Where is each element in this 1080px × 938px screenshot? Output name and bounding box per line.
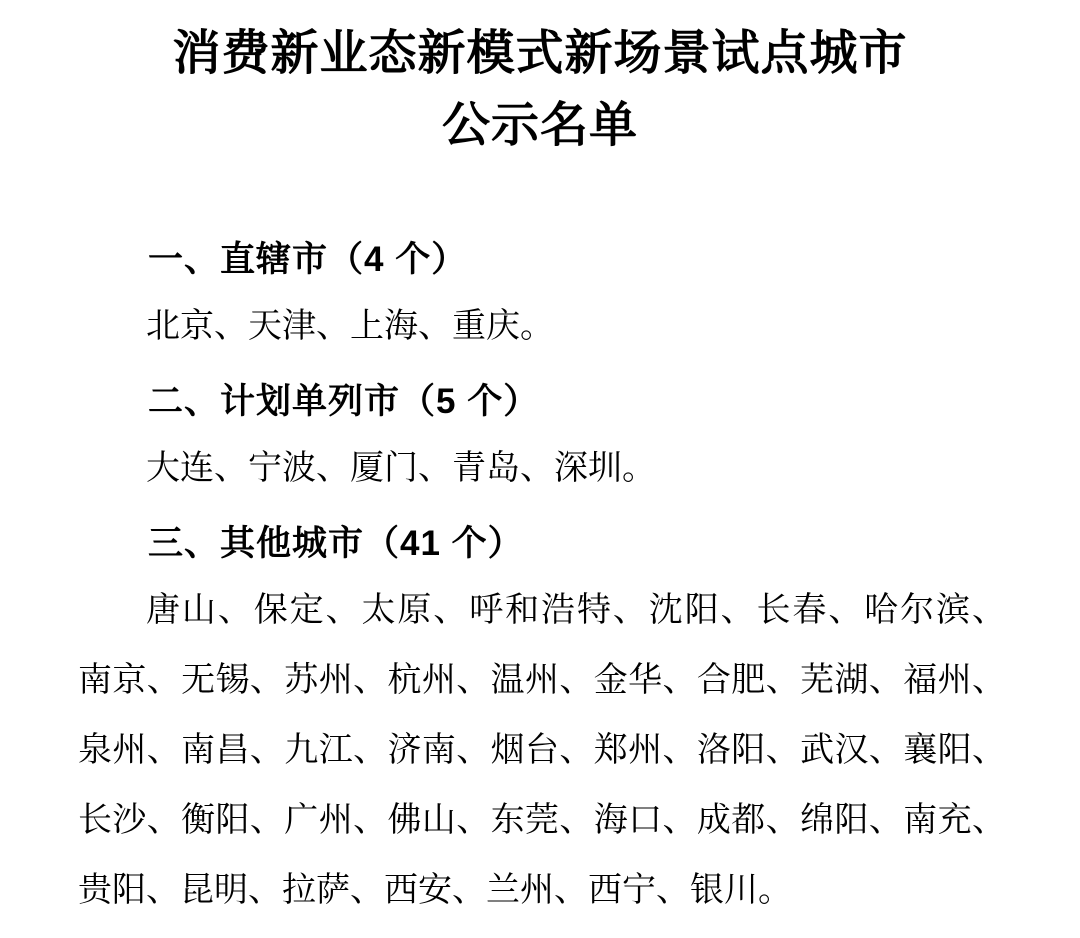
section-municipalities-body: 北京、天津、上海、重庆。 bbox=[78, 292, 1006, 362]
other-cities-line-4: 长沙、衡阳、广州、佛山、东莞、海口、成都、绵阳、南充、 bbox=[78, 786, 1006, 856]
title-line-1: 消费新业态新模式新场景试点城市 bbox=[0, 18, 1080, 90]
other-cities-line-3: 泉州、南昌、九江、济南、烟台、郑州、洛阳、武汉、襄阳、 bbox=[78, 716, 1006, 786]
other-cities-line-1: 唐山、保定、太原、呼和浩特、沈阳、长春、哈尔滨、 bbox=[78, 576, 1006, 646]
other-cities-line-2: 南京、无锡、苏州、杭州、温州、金华、合肥、芜湖、福州、 bbox=[78, 646, 1006, 716]
document-title: 消费新业态新模式新场景试点城市 公示名单 bbox=[0, 18, 1080, 162]
other-cities-line-5: 贵阳、昆明、拉萨、西安、兰州、西宁、银川。 bbox=[78, 856, 1006, 926]
section-planned-cities-body: 大连、宁波、厦门、青岛、深圳。 bbox=[78, 434, 1006, 504]
section-planned-cities-heading: 二、计划单列市（5 个） bbox=[78, 370, 1006, 434]
document-body: 一、直辖市（4 个） 北京、天津、上海、重庆。 二、计划单列市（5 个） 大连、… bbox=[78, 228, 1006, 926]
document-page: 消费新业态新模式新场景试点城市 公示名单 一、直辖市（4 个） 北京、天津、上海… bbox=[0, 0, 1080, 938]
section-other-cities-heading: 三、其他城市（41 个） bbox=[78, 512, 1006, 576]
section-municipalities-heading: 一、直辖市（4 个） bbox=[78, 228, 1006, 292]
title-line-2: 公示名单 bbox=[0, 90, 1080, 162]
